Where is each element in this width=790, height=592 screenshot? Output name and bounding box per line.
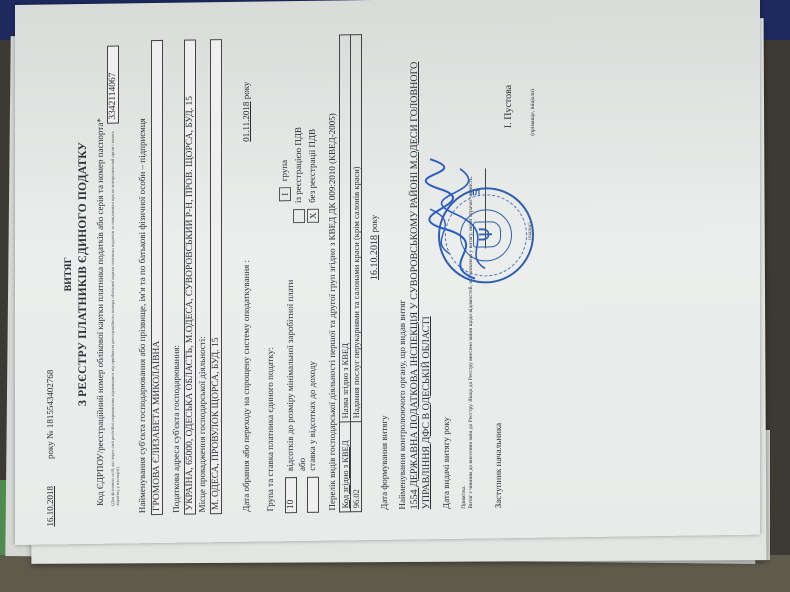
rate-income-label: ставка у відсотках до доходу [307, 361, 317, 471]
authority-line-1: 1554 ДЕРЖАВНА ПОДАТКОВА ІНСПЕКЦІЯ У СУВО… [409, 62, 420, 510]
formation-date-label: Дата формування витягу [379, 415, 389, 510]
kved-table: Код згідно з КВЕД Назва згідно з КВЕД 96… [339, 34, 362, 512]
authority-label: Найменування контролюючого органу, що ви… [397, 300, 407, 510]
name-value-field: ГРОМОВА ЄЛИЗАВЕТА МИКОЛАЇВНА [151, 40, 163, 515]
header-date: 16.10.2018 [45, 486, 55, 527]
name-label: Найменування суб'єкта господарювання або… [137, 118, 147, 513]
rate-percent-label: відсотків до розміру мінімальної заробіт… [285, 280, 295, 472]
transition-year-word: року [241, 82, 251, 100]
transition-date: 01.11.2018 [241, 102, 251, 142]
deputy-label: Заступник начальника [493, 423, 503, 509]
formation-date: 16.10.2018 [369, 235, 380, 280]
header-year-word: року [45, 441, 55, 459]
group-label: Група та ставка платника єдиного податку… [265, 347, 275, 511]
table-row: 96.02 Надання послуг перукарнями та сало… [351, 35, 362, 512]
address-value-field: УКРАЇНА, 65000, ОДЕСЬКА ОБЛАСТЬ, М.ОДЕСА… [184, 39, 196, 514]
issue-date-label: Дата видачі витягу року [441, 417, 451, 509]
kved-table-header-row: Код згідно з КВЕД Назва згідно з КВЕД [340, 35, 351, 512]
transition-date-line: 01.11.2018 року [241, 82, 251, 142]
document-title: ВИТЯГ [63, 4, 74, 544]
vat-with-box [293, 209, 305, 223]
or-word: або [297, 458, 307, 471]
place-label: Місце провадження господарської діяльнос… [197, 336, 207, 512]
rate-percent-box: 10 [285, 477, 297, 513]
group-word: група [279, 160, 289, 182]
vat-with-label: із реєстрацією ПДВ [293, 127, 303, 203]
formation-year-word: року [369, 215, 379, 233]
group-value-box: I [279, 187, 291, 201]
place-value-field: М. ОДЕСА, ПРОВУЛОК ЩОРСА, БУД. 15 [210, 39, 222, 514]
kved-header-code: Код згідно з КВЕД [340, 422, 351, 512]
signer-name: І. Пустова [503, 85, 514, 128]
footnote-small-print: (Для фізичних осіб, які через свої реліг… [110, 131, 120, 506]
formation-date-line: 16.10.2018 року [369, 215, 380, 280]
vat-without-label: без реєстрації ПДВ [307, 129, 317, 203]
document-subtitle: З РЕЄСТРУ ПЛАТНИКІВ ЄДИНОГО ПОДАТКУ [77, 4, 89, 544]
tax-register-extract-document: 16.10.2018 року № 1815543402768 ВИТЯГ З … [15, 0, 760, 545]
kved-code-cell: 96.02 [351, 422, 362, 512]
transition-date-label: Дата обрання або переходу на спрощену си… [241, 260, 251, 512]
kved-header-name: Назва згідно з КВЕД [340, 35, 351, 422]
vat-without-box: X [307, 209, 319, 223]
header-number: 1815543402768 [45, 370, 55, 429]
kved-name-cell: Надання послуг перукарнями та салонами к… [351, 35, 362, 422]
rate-income-box [307, 477, 319, 513]
code-value-field: 3342114067 [107, 46, 119, 124]
note-title: Примітка. [461, 485, 467, 509]
signer-caption: (прізвище, ініціали) [530, 89, 536, 136]
handwritten-signature-icon [415, 153, 505, 284]
kved-list-label: Перелік видів господарської діяльності п… [327, 113, 337, 510]
address-label: Податкова адреса суб'єкта господарювання… [171, 345, 181, 513]
authority-line-2: УПРАВЛІННЯ ДФС В ОДЕСЬКІЙ ОБЛАСТІ [421, 316, 432, 509]
header-line: 16.10.2018 року № 1815543402768 [45, 370, 55, 527]
header-number-label: № [45, 430, 55, 439]
code-label: Код ЄДРПОУ/реєстраційний номер облікової… [95, 118, 105, 506]
